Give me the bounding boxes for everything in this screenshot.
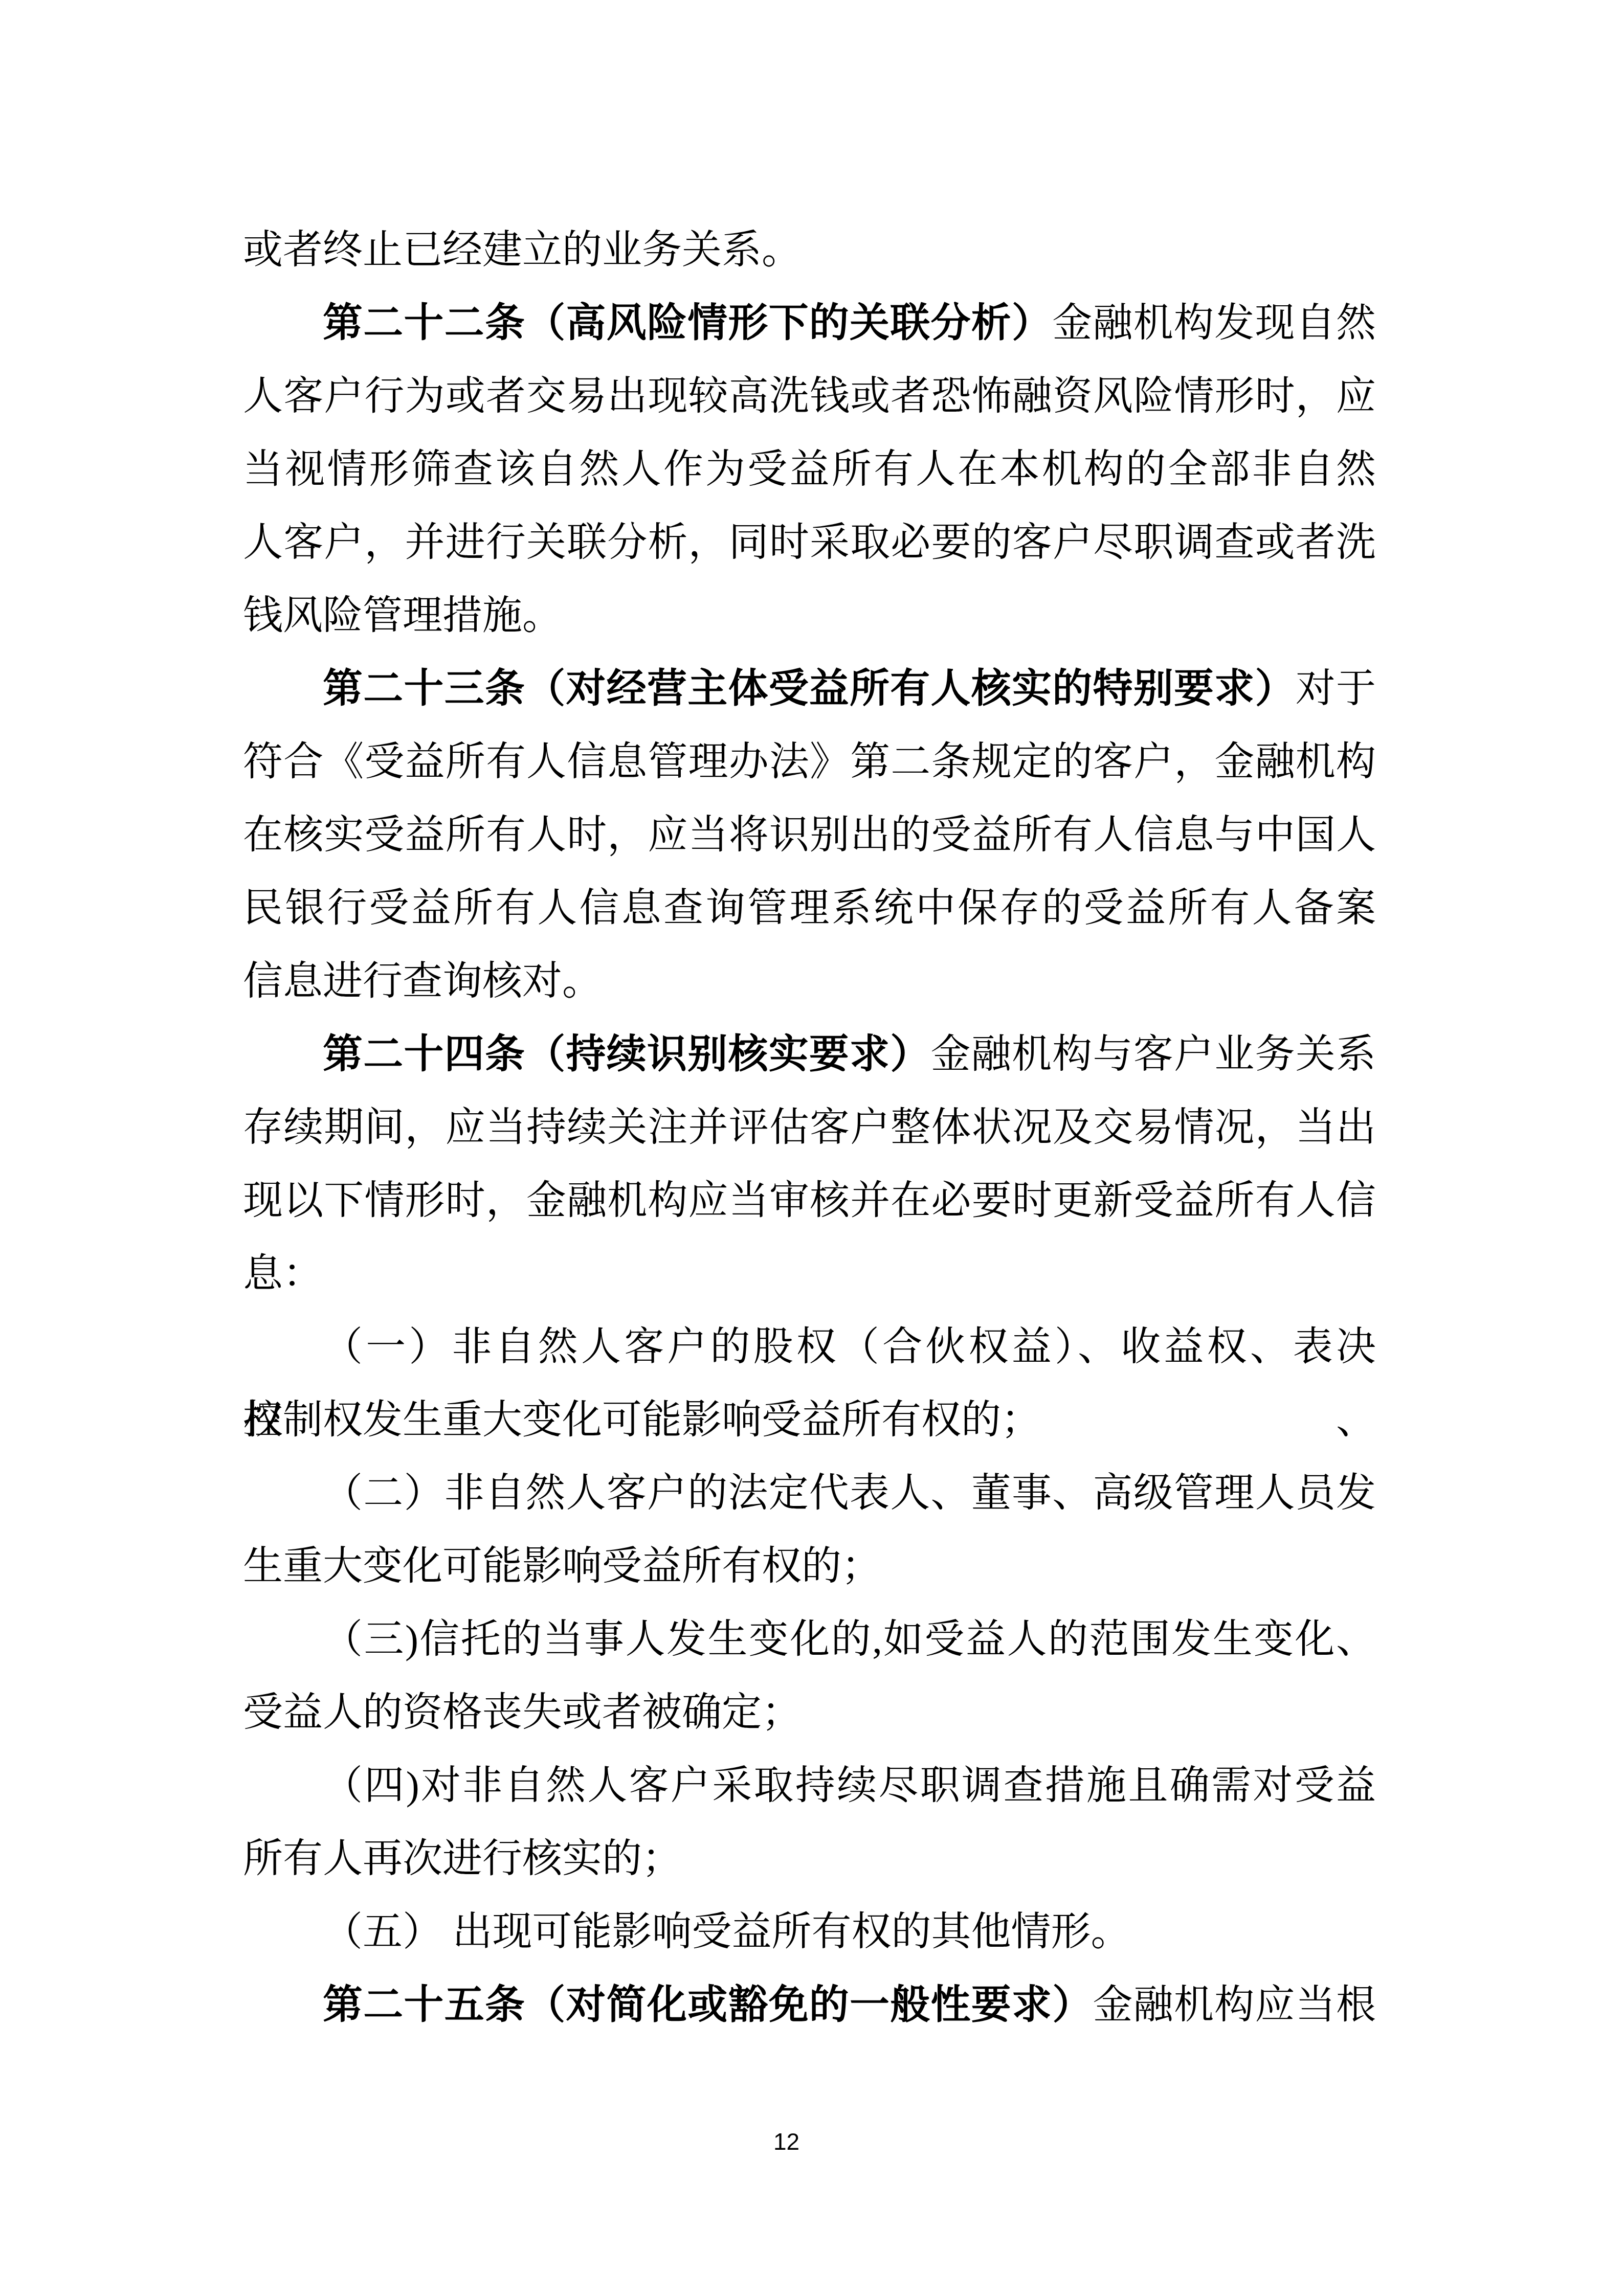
body-text-run: 金融机构与客户业务关系 [931,1032,1376,1076]
article-heading: 第二十二条（高风险情形下的关联分析） [323,301,1052,345]
body-text-run: （五） 出现可能影响受益所有权的其他情形。 [323,1909,1131,1954]
body-text-run: 金融机构应当根 [1093,1983,1376,2027]
text-line-13: 存续期间，应当持续关注并评估客户整体状况及交易情况，当出 [243,1091,1376,1164]
body-text-run: 受益人的资格丧失或者被确定； [243,1690,802,1735]
body-text-run: 钱风险管理措施。 [243,593,562,638]
text-line-7: 第二十三条（对经营主体受益所有人核实的特别要求）对于 [243,652,1376,725]
text-line-16: （一）非自然人客户的股权（合伙权益）、收益权、表决权、 [243,1310,1376,1383]
body-text-run: 符合《受益所有人信息管理办法》第二条规定的客户，金融机构 [243,739,1376,784]
body-text-run: 控制权发生重大变化可能影响受益所有权的； [243,1398,1041,1442]
body-text-run: 当视情形筛查该自然人作为受益所有人在本机构的全部非自然 [243,447,1376,491]
body-text-run: 生重大变化可能影响受益所有权的； [243,1544,881,1588]
text-line-15: 息： [243,1237,1376,1310]
article-heading: 第二十三条（对经营主体受益所有人核实的特别要求） [323,666,1296,711]
text-line-24: （五） 出现可能影响受益所有权的其他情形。 [243,1895,1376,1968]
article-heading: 第二十五条（对简化或豁免的一般性要求） [323,1983,1093,2027]
body-text-run: （四)对非自然人客户采取持续尽职调查措施且确需对受益 [323,1763,1376,1808]
document-body: 或者终止已经建立的业务关系。第二十二条（高风险情形下的关联分析）金融机构发现自然… [243,213,1376,2041]
body-text-run: 或者终止已经建立的业务关系。 [243,228,802,272]
article-heading: 第二十四条（持续识别核实要求） [323,1032,931,1076]
text-line-1: 或者终止已经建立的业务关系。 [243,213,1376,286]
text-line-8: 符合《受益所有人信息管理办法》第二条规定的客户，金融机构 [243,725,1376,798]
body-text-run: 所有人再次进行核实的； [243,1836,682,1881]
text-line-18: （二）非自然人客户的法定代表人、董事、高级管理人员发 [243,1456,1376,1529]
body-text-run: 存续期间，应当持续关注并评估客户整体状况及交易情况，当出 [243,1105,1376,1150]
body-text-run: （三)信托的当事人发生变化的,如受益人的范围发生变化、 [323,1617,1376,1661]
text-line-9: 在核实受益所有人时，应当将识别出的受益所有人信息与中国人 [243,798,1376,871]
body-text-run: 民银行受益所有人信息查询管理系统中保存的受益所有人备案 [243,886,1376,930]
body-text-run: 现以下情形时，金融机构应当审核并在必要时更新受益所有人信 [243,1178,1376,1223]
text-line-14: 现以下情形时，金融机构应当审核并在必要时更新受益所有人信 [243,1164,1376,1237]
text-line-11: 信息进行查询核对。 [243,944,1376,1018]
text-line-21: 受益人的资格丧失或者被确定； [243,1676,1376,1749]
text-line-10: 民银行受益所有人信息查询管理系统中保存的受益所有人备案 [243,871,1376,944]
body-text-run: （二）非自然人客户的法定代表人、董事、高级管理人员发 [323,1471,1376,1515]
page-number: 12 [773,2128,799,2155]
body-text-run: 息： [243,1251,323,1296]
text-line-23: 所有人再次进行核实的； [243,1822,1376,1895]
text-line-2: 第二十二条（高风险情形下的关联分析）金融机构发现自然 [243,286,1376,359]
text-line-25: 第二十五条（对简化或豁免的一般性要求）金融机构应当根 [243,1968,1376,2041]
document-page: 或者终止已经建立的业务关系。第二十二条（高风险情形下的关联分析）金融机构发现自然… [0,0,1624,2296]
body-text-run: 信息进行查询核对。 [243,959,602,1003]
text-line-4: 当视情形筛查该自然人作为受益所有人在本机构的全部非自然 [243,433,1376,506]
text-line-20: （三)信托的当事人发生变化的,如受益人的范围发生变化、 [243,1603,1376,1676]
body-text-run: 对于 [1296,666,1376,711]
text-line-3: 人客户行为或者交易出现较高洗钱或者恐怖融资风险情形时，应 [243,359,1376,433]
text-line-19: 生重大变化可能影响受益所有权的； [243,1529,1376,1603]
text-line-12: 第二十四条（持续识别核实要求）金融机构与客户业务关系 [243,1018,1376,1091]
text-line-22: （四)对非自然人客户采取持续尽职调查措施且确需对受益 [243,1749,1376,1822]
body-text-run: 人客户，并进行关联分析，同时采取必要的客户尽职调查或者洗 [243,520,1376,565]
body-text-run: 在核实受益所有人时，应当将识别出的受益所有人信息与中国人 [243,813,1376,857]
body-text-run: 人客户行为或者交易出现较高洗钱或者恐怖融资风险情形时，应 [243,374,1376,418]
text-line-5: 人客户，并进行关联分析，同时采取必要的客户尽职调查或者洗 [243,506,1376,579]
body-text-run: 金融机构发现自然 [1052,301,1376,345]
text-line-6: 钱风险管理措施。 [243,579,1376,652]
